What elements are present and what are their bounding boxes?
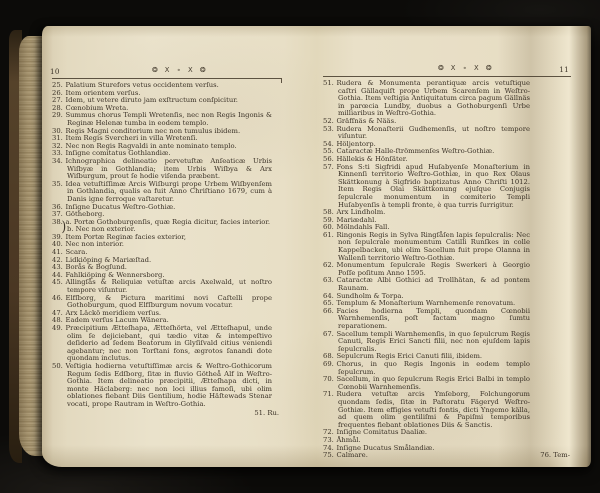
list-item: 45.Allingſås & Reliquiæ vetuſtæ arcis Ax… — [52, 279, 272, 294]
list-item: 49.Præcipitium Ætteſhapa, Ætteſhörta, ve… — [52, 325, 272, 363]
item-number: 53. — [323, 126, 337, 134]
item-text: Elfſborg, & Pictura maritimi novi Caſtel… — [66, 294, 273, 310]
item-text: Rudera vetuſtæ arcis Ymſeborg, Folchungo… — [337, 390, 531, 428]
list-item: 70.Sacellum, in quo ſepulcrum Regis Eric… — [323, 376, 530, 391]
list-item: 46.Elfſborg, & Pictura maritimi novi Caſ… — [52, 295, 272, 310]
item-text: Ichnographica delineatio pervetuſtæ Anſe… — [66, 157, 273, 180]
item-number: 62. — [323, 262, 337, 270]
book-photo: 10 ❂ X ∘ X ❂ 25.Palatium Sturefors vetus… — [0, 0, 600, 493]
item-number: 51. — [323, 80, 337, 88]
list-item: 66.Facies hodierna Templi, quondam Cœnob… — [323, 308, 530, 331]
list-item: 69.Chorus, in quo Regis Ingonis in eodem… — [323, 361, 530, 376]
left-page: 10 ❂ X ∘ X ❂ 25.Palatium Sturefors vetus… — [52, 66, 282, 417]
open-book-spread: 10 ❂ X ∘ X ❂ 25.Palatium Sturefors vetus… — [42, 26, 591, 467]
list-item: 29.Summus chorus Templi Wretenſis, nec n… — [52, 112, 272, 127]
item-number: 69. — [323, 361, 337, 369]
catchword-left: 51. Ru. — [52, 410, 282, 418]
item-number: 45. — [52, 279, 66, 287]
item-number: 46. — [52, 295, 66, 303]
item-text: Præcipitium Ætteſhapa, Ætteſhörta, vel Æ… — [66, 324, 273, 362]
item-number: 29. — [52, 112, 66, 120]
item-number: 57. — [323, 164, 337, 172]
header-ornament: ❂ X ∘ X ❂ — [52, 66, 282, 74]
list-item: 53.Rudera Monaſterii Gudhemenſis, ut noſ… — [323, 126, 530, 141]
item-number: 50. — [52, 363, 66, 371]
list-item: 62.Monumentum ſepulcrale Regis Swerkeri … — [323, 262, 530, 277]
item-text: Rudera Monaſterii Gudhemenſis, ut noſtro… — [337, 125, 531, 141]
item-text: Monumentum ſepulcrale Regis Swerkeri à G… — [337, 261, 531, 277]
item-text: Rudera & Monumenta perantiquæ arcis vetu… — [337, 79, 531, 117]
right-page-header: ❂ X ∘ X ❂ 11 — [323, 64, 571, 74]
list-item: 61.Ringonis Regis in Sylva Ringſåſen lap… — [323, 232, 530, 262]
item-text: Chorus, in quo Regis Ingonis in eodem te… — [337, 360, 531, 376]
list-item: 63.Cataractæ Albi Gothici ad Trollhätan,… — [323, 277, 530, 292]
list-item: 35.Idea vetuſtiſſimæ Arcis Wiſburgi prop… — [52, 181, 272, 204]
item-text: Calmare. — [337, 451, 368, 459]
item-number: 70. — [323, 376, 337, 384]
list-item: 34.Ichnographica delineatio pervetuſtæ A… — [52, 158, 272, 181]
item-text: Allingſås & Reliquiæ vetuſtæ arcis Axelw… — [66, 278, 273, 294]
list-item: 51.Rudera & Monumenta perantiquæ arcis v… — [323, 80, 530, 118]
item-number: 63. — [323, 277, 337, 285]
right-page: ❂ X ∘ X ❂ 11 51.Rudera & Monumenta peran… — [323, 64, 571, 460]
item-number: 34. — [52, 158, 66, 166]
list-item: 67.Sacellum templi Warnhemenſis, in quo … — [323, 331, 530, 354]
item-text: Sacellum, in quo ſepulcrum Regis Erici B… — [337, 375, 531, 391]
item-text: a. Portæ Gothoburgenſis, quæ Regia dicit… — [66, 218, 271, 234]
header-ornament: ❂ X ∘ X ❂ — [363, 64, 569, 72]
item-text: Summus chorus Templi Wretenſis, nec non … — [66, 111, 273, 127]
item-text: Cataractæ Albi Gothici ad Trollhätan, & … — [337, 276, 531, 292]
item-number: 35. — [52, 181, 66, 189]
header-rule — [323, 76, 571, 77]
item-text: Facies hodierna Templi, quondam Cœnobii … — [337, 307, 531, 330]
right-page-list: 51.Rudera & Monumenta perantiquæ arcis v… — [323, 80, 530, 460]
item-number: 66. — [323, 308, 337, 316]
list-item: 57.Fons S:ti Sigfridi apud Huſabyenſe Mo… — [323, 164, 530, 210]
left-page-header: 10 ❂ X ∘ X ❂ — [52, 66, 282, 76]
item-text: Sacellum templi Warnhemenſis, in quo ſep… — [337, 330, 531, 353]
item-number: 71. — [323, 391, 337, 399]
item-text: Veſtigia hodierna vetuſtiſſimæ arcis & W… — [66, 362, 273, 408]
item-number: 49. — [52, 325, 66, 333]
header-rule — [52, 78, 282, 79]
list-item: )38.a. Portæ Gothoburgenſis, quæ Regia d… — [52, 219, 272, 234]
right-page-number: 11 — [559, 65, 569, 74]
item-number: 67. — [323, 331, 337, 339]
item-text: Fons S:ti Sigfridi apud Huſabyenſe Monaſ… — [337, 163, 531, 209]
item-number: 75. — [323, 452, 337, 460]
item-text: Idea vetuſtiſſimæ Arcis Wiſburgi prope U… — [66, 180, 273, 203]
item-text: Ringonis Regis in Sylva Ringſåſen lapis … — [337, 231, 531, 262]
left-page-list: 25.Palatium Sturefors vetus occidentem v… — [52, 82, 272, 409]
list-item: 71.Rudera vetuſtæ arcis Ymſeborg, Folchu… — [323, 391, 530, 429]
list-item: 75.Calmare. — [323, 452, 530, 460]
list-item: 50.Veſtigia hodierna vetuſtiſſimæ arcis … — [52, 363, 272, 409]
item-number: 61. — [323, 232, 337, 240]
